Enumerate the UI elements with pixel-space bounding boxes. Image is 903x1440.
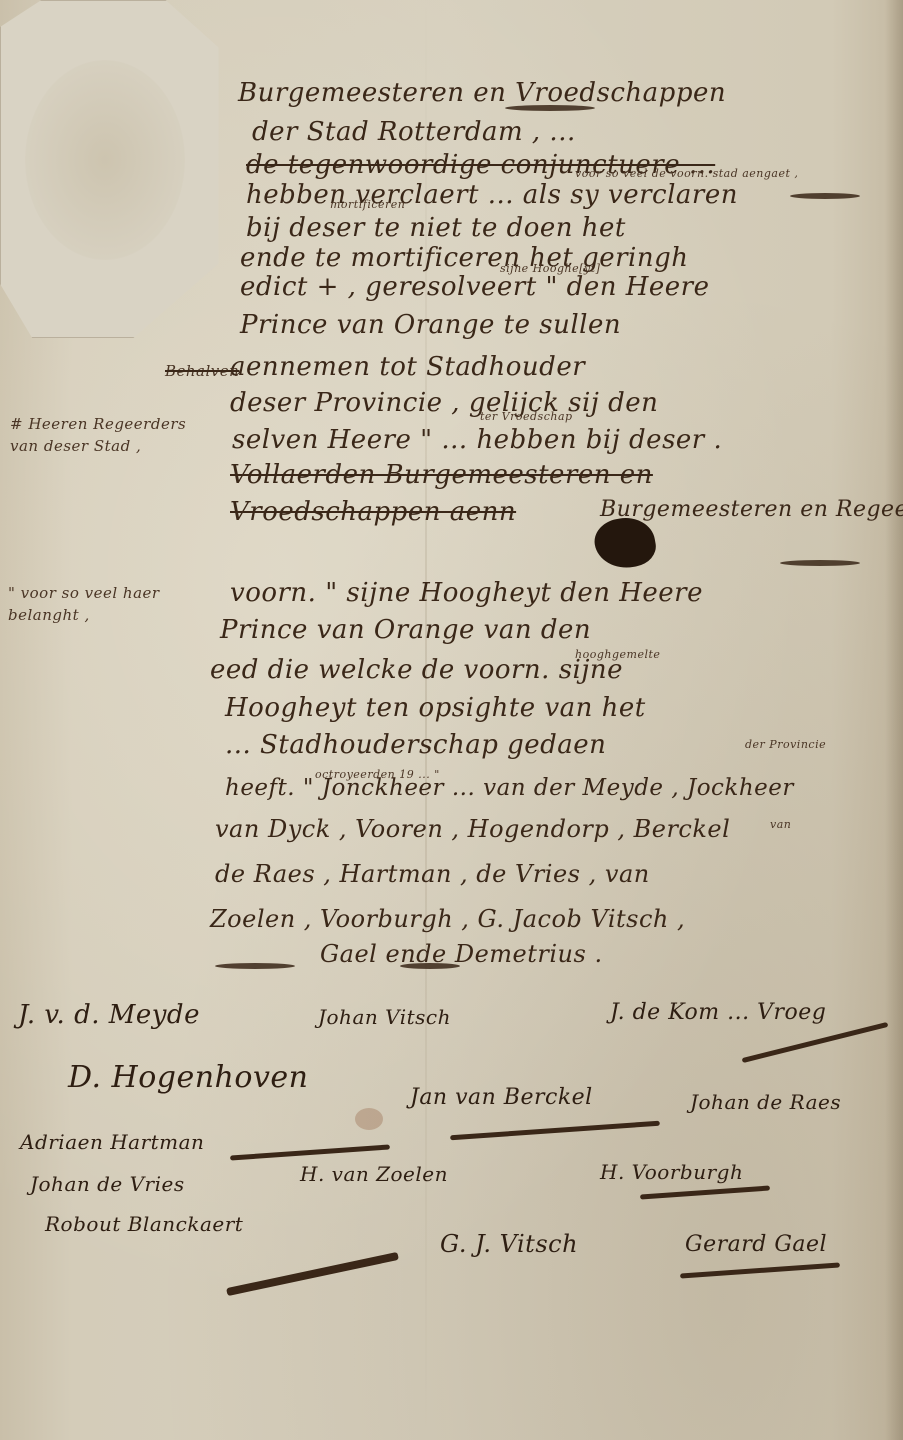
body-line: Burgemeesteren en Regeerders <box>600 497 903 522</box>
seal-impression <box>25 60 185 260</box>
interlinear-note: octroyeerden 19 ... " <box>315 768 440 781</box>
page-edge <box>885 0 903 1440</box>
signature: Johan de Vries <box>30 1172 185 1196</box>
interlinear-note: van <box>770 818 791 831</box>
body-line: Burgemeesteren en Vroedschappen <box>238 78 726 108</box>
margin-note: # Heeren Regeerders van deser Stad , <box>10 413 200 457</box>
margin-note-struck: Behalven <box>165 362 239 380</box>
body-line-struck: Vroedschappen aenn <box>230 497 516 527</box>
body-line: Prince van Orange van den <box>220 615 591 645</box>
body-line: ... Stadhouderschap gedaen <box>225 730 606 760</box>
body-line: hebben verclaert ... als sy verclaren <box>246 180 738 210</box>
body-line-struck: Vollaerden Burgemeesteren en <box>230 460 653 490</box>
body-line: Zoelen , Voorburgh , G. Jacob Vitsch , <box>210 905 685 933</box>
signature: J. de Kom ... Vroeg <box>610 1000 826 1025</box>
signature: J. v. d. Meyde <box>18 1000 200 1030</box>
body-line: voorn. " sijne Hoogheyt den Heere <box>230 578 703 608</box>
signature: H. van Zoelen <box>300 1162 448 1186</box>
stain <box>355 1108 383 1130</box>
interlinear-note: ter Vroedschap <box>480 410 573 423</box>
interlinear-note: der Provincie <box>745 738 826 751</box>
body-line: selven Heere " ... hebben bij deser . <box>232 425 722 455</box>
body-line: Gael ende Demetrius . <box>320 940 603 968</box>
body-line: deser Provincie , gelijck sij den <box>230 388 658 418</box>
body-line: heeft. " Jonckheer ... van der Meyde , J… <box>225 775 794 801</box>
body-line: Prince van Orange te sullen <box>240 310 621 340</box>
body-line: edict + , geresolveert " den Heere <box>240 272 710 302</box>
signature: D. Hogenhoven <box>68 1060 308 1095</box>
interlinear-note: hooghgemelte <box>575 648 660 661</box>
signature: Robout Blanckaert <box>45 1212 243 1236</box>
body-line: ende te mortificeren het geringh <box>240 243 689 273</box>
body-line: der Stad Rotterdam , ... <box>252 117 576 147</box>
pen-flourish <box>505 105 595 111</box>
signature: Johan Vitsch <box>318 1005 451 1029</box>
signature: H. Voorburgh <box>600 1160 743 1184</box>
signature: Johan de Raes <box>690 1090 841 1114</box>
pen-flourish <box>400 963 460 969</box>
signature: Jan van Berckel <box>410 1085 593 1110</box>
signature: Gerard Gael <box>685 1232 827 1257</box>
pen-flourish <box>780 560 860 566</box>
signature: G. J. Vitsch <box>440 1230 578 1258</box>
body-line: aennemen tot Stadhouder <box>230 352 585 382</box>
pen-flourish <box>790 193 860 199</box>
interlinear-note: voor so veel de voorn. stad aengaet , <box>575 167 798 180</box>
body-line: van Dyck , Vooren , Hogendorp , Berckel <box>215 815 730 843</box>
margin-note: " voor so veel haer belanght , <box>8 582 208 626</box>
interlinear-note: sijne Hooghe[yt] <box>500 262 600 275</box>
body-line: de Raes , Hartman , de Vries , van <box>215 860 650 888</box>
body-line: Hoogheyt ten opsighte van het <box>225 693 646 723</box>
signature: Adriaen Hartman <box>20 1130 204 1154</box>
body-line: bij deser te niet te doen het <box>246 213 626 243</box>
body-line: eed die welcke de voorn. sijne <box>210 655 623 685</box>
interlinear-note: mortificeren <box>330 198 405 211</box>
pen-flourish <box>215 963 295 969</box>
